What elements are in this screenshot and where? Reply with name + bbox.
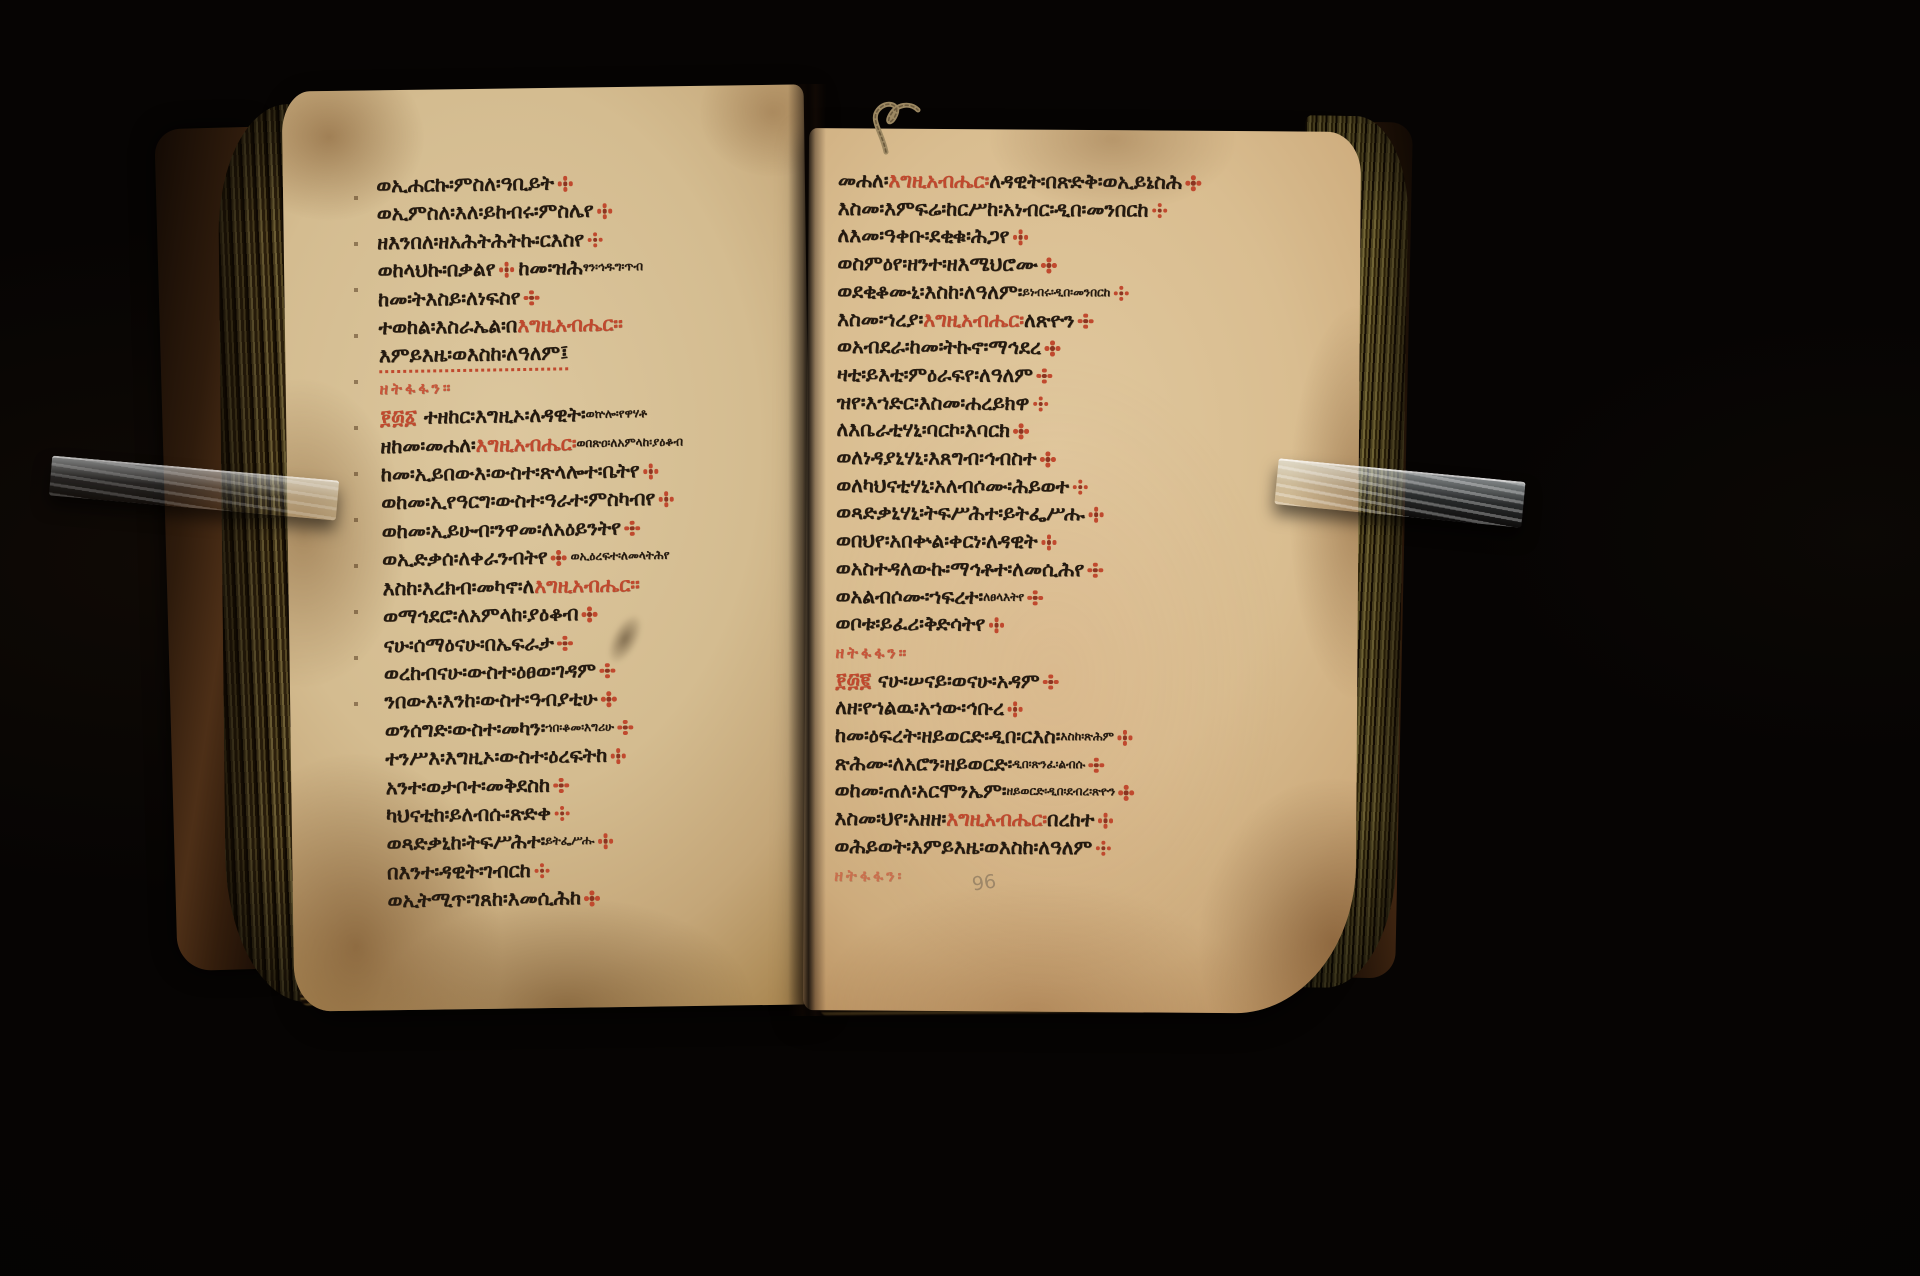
verse-separator-mark xyxy=(1014,424,1029,439)
text-segment: ዛቲ፡ይእቲ፡ምዕራፍየ፡ለዓለም xyxy=(837,362,1033,387)
text-segment: አንተ፡ወታቦተ፡መቅደስከ xyxy=(386,772,551,799)
text-segment: እግዚአብሔር፡ xyxy=(475,431,576,457)
verse-separator-mark xyxy=(1033,397,1048,412)
text-segment: ወቦቱ፡ይፈሪ፡ቅድሳትየ xyxy=(835,611,985,636)
text-segment: ወኢትሚጥ፡ገጸከ፡እመሲሕከ xyxy=(387,885,581,912)
text-segment: እግዚአብሔር፡፡ xyxy=(534,572,640,598)
text-segment: መሐለ፡ xyxy=(838,168,889,192)
text-segment: ዘከመ፡መሐለ፡ xyxy=(380,432,476,457)
text-segment: ወበጽዐ፡ለአምላከ፡ያዕቆብ xyxy=(576,434,683,450)
text-segment: እግዚአብሔር፡፡ xyxy=(517,311,623,337)
text-segment: ንበውእ፡እንከ፡ውስተ፡ዓብያቲሁ xyxy=(384,686,597,713)
verse-separator-mark xyxy=(1042,535,1057,550)
verse-separator-mark xyxy=(1040,452,1055,467)
verse-separator-mark xyxy=(554,778,569,793)
text-segment: ወደቂቆሙኒ፡እስከ፡ለዓለም፡ xyxy=(837,279,1022,304)
verse-separator-mark xyxy=(601,692,616,707)
text-segment: ወከመ፡ኢየዓርግ፡ውስተ፡ዓራተ፡ምስካብየ xyxy=(381,486,655,514)
text-line: ዘትፋፋን፡ xyxy=(834,860,1262,891)
text-segment: ይነብሩ፡ዲበ፡መንበርከ xyxy=(1022,285,1110,299)
text-segment: ወጻድቃኒከ፡ትፍሥሕተ፡ xyxy=(386,829,545,855)
verse-separator-mark xyxy=(1088,563,1103,578)
text-line: ወአስተዳለውኩ፡ማኅቶተ፡ለመሲሕየ xyxy=(836,555,1264,585)
text-segment: እስከ፡ጽሕም xyxy=(1060,729,1114,743)
text-segment: ወከላህኩ፡በቃልየ xyxy=(377,257,495,283)
text-segment: ዘትፋፋን። xyxy=(835,643,909,662)
text-segment: ፃን፡ኅዱግ፡ጥብ xyxy=(583,259,643,274)
text-segment: እግዚአብሔር፡ xyxy=(888,168,989,193)
verse-separator-mark xyxy=(1186,176,1201,191)
verse-separator-mark xyxy=(625,521,640,536)
text-segment: ፻፴፪ xyxy=(835,668,871,692)
text-line: ወኢትሚጥ፡ገጸከ፡እመሲሕከ xyxy=(387,880,801,915)
text-line: ከመ፡ዕፍረት፡ዘይወርድ፡ዲበ፡ርእስ፡እስከ፡ጽሕም xyxy=(835,722,1263,752)
verse-separator-mark xyxy=(598,834,613,849)
text-segment: ካህናቲከ፡ይለብሱ፡ጽድቀ xyxy=(386,801,551,828)
text-segment: ወረከብናሁ፡ውስተ፡ዕፀወ፡ገዳም xyxy=(384,658,596,685)
text-segment: ወሕይወት፡እምይእዜ፡ወእስከ፡ለዓለም xyxy=(834,834,1092,859)
verse-separator-mark xyxy=(582,607,597,622)
text-segment: ወኢድቃሰ፡ለቀራንብትየ xyxy=(382,545,548,572)
text-segment: ዘእንበለ፡ዘአሕትሕትኩ፡ርእስየ xyxy=(377,227,584,254)
text-line: ወአልብሶሙ፡ኀፍረተ፡ለፀላእትየ xyxy=(836,582,1264,612)
verse-separator-mark xyxy=(643,464,658,479)
verse-separator-mark xyxy=(524,290,539,305)
text-line: ወከመ፡ጠለ፡አርሞንኤም፡ዘይወርድ፡ዲበ፡ደብረ፡ጽዮን xyxy=(835,777,1263,807)
text-segment: ወጻድቃኒሃኒ፡ትፍሥሕተ፡ይትፌሥሑ xyxy=(836,500,1085,525)
verse-separator-mark xyxy=(618,720,633,735)
text-segment: ተወከል፡እስራኤል፡በ xyxy=(378,313,517,339)
text-line: ወበህየ፡አበቍል፡ቀርነ፡ለዳዊት xyxy=(836,527,1264,557)
text-line: ዘትፋፋን። xyxy=(835,638,1263,669)
verse-separator-mark xyxy=(989,618,1004,633)
text-segment: ዘትፋፋን፡ xyxy=(834,865,904,884)
text-line: ለእመ፡ዓቀቡ፡ደቂቁ፡ሕጋየ xyxy=(838,222,1266,252)
verse-separator-mark xyxy=(551,551,566,566)
text-line: እስመ፡ኀረያ፡እግዚአብሔር፡ለጽዮን xyxy=(837,305,1265,335)
verse-separator-mark xyxy=(611,749,626,764)
text-line: ወስምዕየ፡ዘንተ፡ዘእሜህሮሙ xyxy=(837,250,1265,280)
pencil-folio-number: 96 xyxy=(971,870,998,895)
manuscript-photo: ወኢሐርኩ፡ምስለ፡ዓቢይትወኢምስለ፡እለ፡ይከብሩ፡ምስሌየዘእንበለ፡ዘአ… xyxy=(0,0,1920,1276)
verse-separator-mark xyxy=(1078,314,1093,329)
text-line: ዛቲ፡ይእቲ፡ምዕራፍየ፡ለዓለም xyxy=(837,361,1265,391)
verse-separator-mark xyxy=(535,863,550,878)
text-segment: ከመ፡ኢይበውእ፡ውስተ፡ጽላሎተ፡ቤትየ xyxy=(381,458,640,486)
text-segment: ወከመ፡ኢይሁብ፡ንዋመ፡ለአዕይንትየ xyxy=(382,515,622,543)
verse-separator-mark xyxy=(499,262,514,277)
text-segment: ወኢዕረፍተ፡ለመላትሕየ xyxy=(570,548,669,564)
text-segment: ወኢሐርኩ፡ምስለ፡ዓቢይት xyxy=(376,171,554,198)
verse-separator-mark xyxy=(588,233,603,248)
text-segment: ናሁ፡ሰማዕናሁ፡በኤፍራታ xyxy=(383,630,554,657)
text-segment: እስከ፡እረክብ፡መካኖ፡ለ xyxy=(382,574,534,600)
text-segment: ዝየ፡እኀድር፡እስመ፡ሐረይክዋ xyxy=(837,390,1030,415)
text-segment: እስመ፡እምፍሬ፡ከርሥከ፡አነብር፡ዲበ፡መንበርከ xyxy=(838,196,1149,222)
text-line: ጽሕሙ፡ለአሮን፡ዘይወርድ፡ዲበ፡ጽንፈ፡ልብሱ xyxy=(835,750,1263,780)
text-segment: ወኵሎ፡የዋሃቶ xyxy=(585,406,647,421)
verse-separator-mark xyxy=(1008,702,1023,717)
verse-separator-mark xyxy=(600,664,615,679)
text-segment: ይትፌሥሑ xyxy=(545,833,594,848)
verse-separator-mark xyxy=(1073,480,1088,495)
verse-separator-mark xyxy=(1045,341,1060,356)
text-line: እምይእዜ፡ወእስከ፡ለዓለም፤ xyxy=(379,339,569,373)
text-segment: ከመ፡ትእስይ፡ለነፍስየ xyxy=(378,285,521,311)
text-line: ወቦቱ፡ይፈሪ፡ቅድሳትየ xyxy=(835,610,1263,640)
verse-separator-mark xyxy=(558,176,573,191)
text-segment: ናሁ፡ሠናይ፡ወናሁ፡አዳም xyxy=(871,668,1040,693)
text-line: ወለካህናቲሃኒ፡አለብሶሙ፡ሕይወተ xyxy=(836,472,1264,502)
text-line: ወሕይወት፡እምይእዜ፡ወእስከ፡ለዓለም xyxy=(834,833,1262,863)
verse-separator-mark xyxy=(1096,841,1111,856)
text-line: ለዘ፡የኀልዉ፡አኀው፡ኅቡረ xyxy=(835,694,1263,724)
text-segment: ከመ፡ዕፍረት፡ዘይወርድ፡ዲበ፡ርእስ፡ xyxy=(835,723,1061,748)
text-segment: ጽሕሙ፡ለአሮን፡ዘይወርድ፡ xyxy=(835,751,1013,776)
binding-thread xyxy=(856,80,928,158)
text-segment: በእንተ፡ዳዊት፡ገብርከ xyxy=(387,858,531,884)
text-segment: ለፀላእትየ xyxy=(983,589,1024,603)
verse-separator-mark xyxy=(1037,369,1052,384)
text-segment: ዘትፋፋን። xyxy=(379,378,453,398)
text-segment: ለዳዊት፡በጽድቅ፡ወኢይኔስሕ xyxy=(989,169,1182,194)
text-segment: እግዚአብሔር፡ xyxy=(946,807,1047,832)
text-segment: ወአስተዳለውኩ፡ማኅቶተ፡ለመሲሕየ xyxy=(836,556,1084,581)
text-segment: ለዘ፡የኀልዉ፡አኀው፡ኅቡረ xyxy=(835,695,1004,720)
text-segment: ወበህየ፡አበቍል፡ቀርነ፡ለዳዊት xyxy=(836,528,1038,553)
text-line: ዝየ፡እኀድር፡እስመ፡ሐረይክዋ xyxy=(837,389,1265,419)
text-segment: ከመ፡ዝሕ xyxy=(518,255,583,280)
text-segment: ለጽዮን xyxy=(1024,307,1075,331)
right-page-text: መሐለ፡እግዚአብሔር፡ለዳዊት፡በጽድቅ፡ወኢይኔስሕእስመ፡እምፍሬ፡ከርሥ… xyxy=(834,167,1266,911)
text-segment: ወአብደራ፡ከመ፡ትኩኖ፡ማኅደረ xyxy=(837,334,1041,359)
text-segment: ወስምዕየ፡ዘንተ፡ዘእሜህሮሙ xyxy=(837,251,1037,276)
text-line: ፻፴፪ ናሁ፡ሠናይ፡ወናሁ፡አዳም xyxy=(835,667,1263,697)
text-segment: እስመ፡ህየ፡አዘዘ፡ xyxy=(834,806,946,831)
verse-separator-mark xyxy=(597,204,612,219)
text-segment: ወንሰግድ፡ውስተ፡መካን፡ xyxy=(385,715,546,742)
verse-separator-mark xyxy=(659,492,674,507)
verse-separator-mark xyxy=(1118,730,1133,745)
verse-separator-mark xyxy=(1119,786,1134,801)
text-segment: እግዚአብሔር፡ xyxy=(923,307,1024,332)
verse-separator-mark xyxy=(558,636,573,651)
text-line: ወደቂቆሙኒ፡እስከ፡ለዓለም፡ይነብሩ፡ዲበ፡መንበርከ xyxy=(837,278,1265,308)
verse-separator-mark xyxy=(1044,675,1059,690)
verse-separator-mark xyxy=(585,891,600,906)
text-segment: ወአልብሶሙ፡ኀፍረተ፡ xyxy=(836,583,984,608)
text-segment: ወለነዳያኒሃኒ፡እጸግብ፡ኅብስተ xyxy=(836,445,1036,470)
text-segment: ተንሥእ፡እግዚኦ፡ውስተ፡ዕረፍትከ xyxy=(385,743,607,770)
verse-separator-mark xyxy=(1089,508,1104,523)
text-segment: በረከተ xyxy=(1047,807,1094,831)
text-segment: ወከመ፡ጠለ፡አርሞንኤም፡ xyxy=(835,778,1007,803)
verse-separator-mark xyxy=(1013,230,1028,245)
verse-separator-mark xyxy=(1042,258,1057,273)
verse-separator-mark xyxy=(1152,203,1167,218)
text-segment: ዘይወርድ፡ዲበ፡ደብረ፡ጽዮን xyxy=(1006,784,1115,799)
text-line: ወአብደራ፡ከመ፡ትኩኖ፡ማኅደረ xyxy=(837,333,1265,363)
text-segment: እስመ፡ኀረያ፡ xyxy=(837,306,923,330)
pricking-holes xyxy=(354,196,358,748)
text-segment: ወለካህናቲሃኒ፡አለብሶሙ፡ሕይወተ xyxy=(836,473,1069,498)
verse-separator-mark xyxy=(1028,590,1043,605)
text-line: ወጻድቃኒሃኒ፡ትፍሥሕተ፡ይትፌሥሑ xyxy=(836,499,1264,529)
text-segment: ዲበ፡ጽንፈ፡ልብሱ xyxy=(1012,757,1085,771)
text-segment: ወኢምስለ፡እለ፡ይከብሩ፡ምስሌየ xyxy=(377,198,594,225)
text-segment: ኀበ፡ቆመ፡እግሪሁ xyxy=(545,719,614,734)
text-segment: እምይእዜ፡ወእስከ፡ለዓለም፤ xyxy=(379,341,569,368)
text-line: ተወከል፡እስራኤል፡በእግዚአብሔር፡፡ xyxy=(378,307,792,342)
text-segment: ፻፴፩ xyxy=(380,405,417,430)
verse-separator-mark xyxy=(1098,813,1113,828)
text-line: ወለነዳያኒሃኒ፡እጸግብ፡ኅብስተ xyxy=(836,444,1264,474)
text-segment: ወማኅደሮ፡ለአምላከ፡ያዕቆብ xyxy=(383,601,579,628)
verse-separator-mark xyxy=(1089,758,1104,773)
text-line: ለእቤራቲሃኒ፡ባርኮ፡እባርክ xyxy=(836,416,1264,446)
text-segment: ለእቤራቲሃኒ፡ባርኮ፡እባርክ xyxy=(837,417,1011,442)
text-line: መሐለ፡እግዚአብሔር፡ለዳዊት፡በጽድቅ፡ወኢይኔስሕ xyxy=(838,167,1266,197)
verse-separator-mark xyxy=(555,806,570,821)
text-segment: ተዘከር፡እግዚኦ፡ለዳዊት፡ xyxy=(417,402,586,429)
left-page-text: ወኢሐርኩ፡ምስለ፡ዓቢይትወኢምስለ፡እለ፡ይከብሩ፡ምስሌየዘእንበለ፡ዘአ… xyxy=(376,165,802,931)
text-line: እስመ፡እምፍሬ፡ከርሥከ፡አነብር፡ዲበ፡መንበርከ xyxy=(838,195,1266,225)
text-segment: ለእመ፡ዓቀቡ፡ደቂቁ፡ሕጋየ xyxy=(838,223,1010,248)
text-line: እስመ፡ህየ፡አዘዘ፡እግዚአብሔር፡በረከተ xyxy=(834,805,1262,835)
verse-separator-mark xyxy=(1114,286,1129,301)
